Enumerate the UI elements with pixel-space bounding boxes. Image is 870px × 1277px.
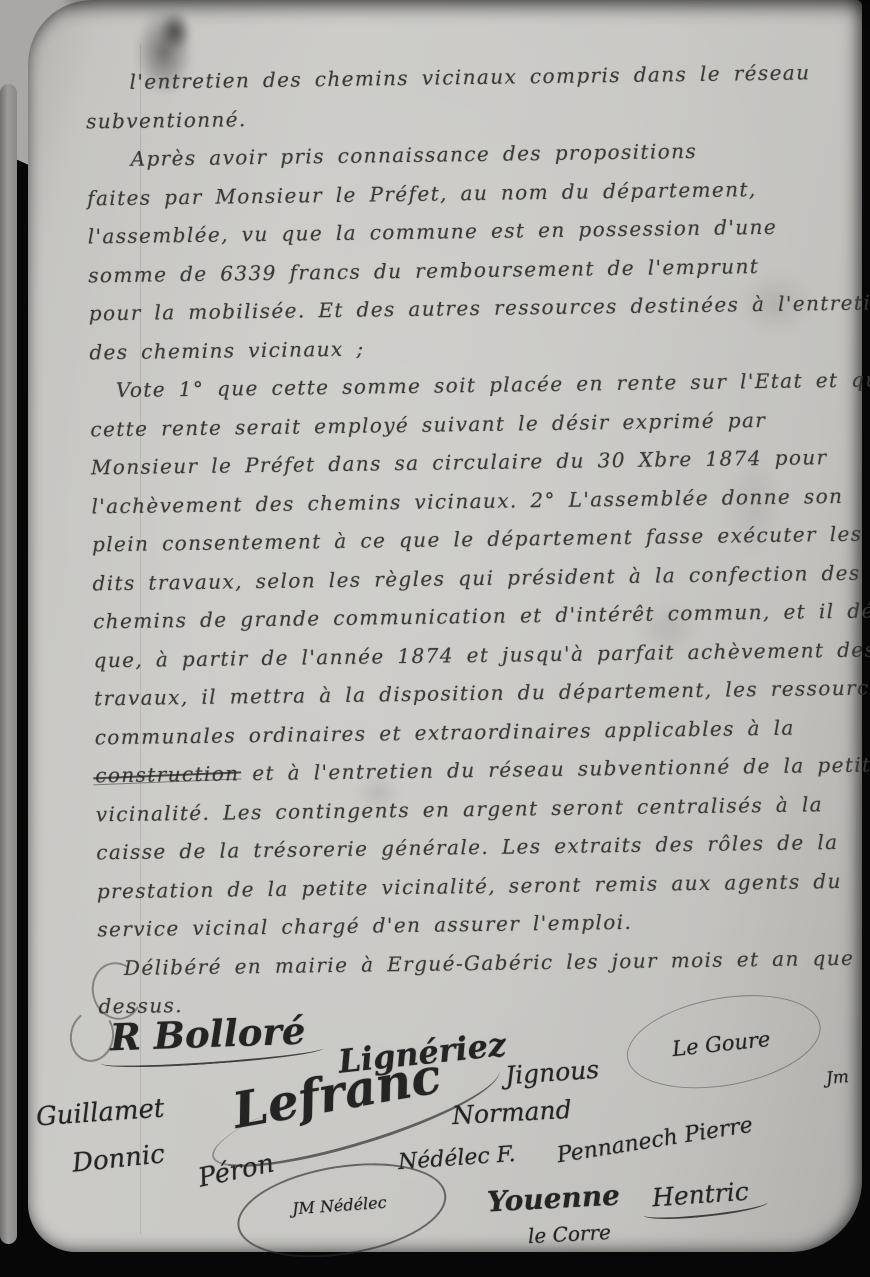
signature-jm-n-d-lec: JM Nédélec — [291, 1193, 387, 1219]
signature-jm: Jm — [825, 1067, 850, 1089]
register-page-scan: { "document": { "kind": "scanned handwri… — [0, 0, 870, 1277]
signatures-layer: R BolloréLignériezJignousLe GoureJmGuill… — [0, 0, 870, 1277]
signature-pennanech-pierre: Pennanech Pierre — [555, 1113, 754, 1169]
signature-le-goure: Le Goure — [671, 1027, 771, 1061]
signature-normand: Normand — [451, 1095, 572, 1130]
signature-guillamet: Guillamet — [35, 1094, 165, 1133]
signature-donnic: Donnic — [71, 1139, 167, 1179]
signature-jignous: Jignous — [504, 1055, 600, 1090]
signature-hentric: Hentric — [651, 1177, 749, 1213]
signature-youenne: Youenne — [486, 1179, 620, 1219]
signature-r-bollor-: R Bolloré — [109, 1009, 306, 1060]
signature-p-ron: Péron — [196, 1148, 277, 1193]
signature-le-corre: le Corre — [527, 1220, 611, 1248]
signature-lefranc: Lefranc — [229, 1046, 446, 1140]
